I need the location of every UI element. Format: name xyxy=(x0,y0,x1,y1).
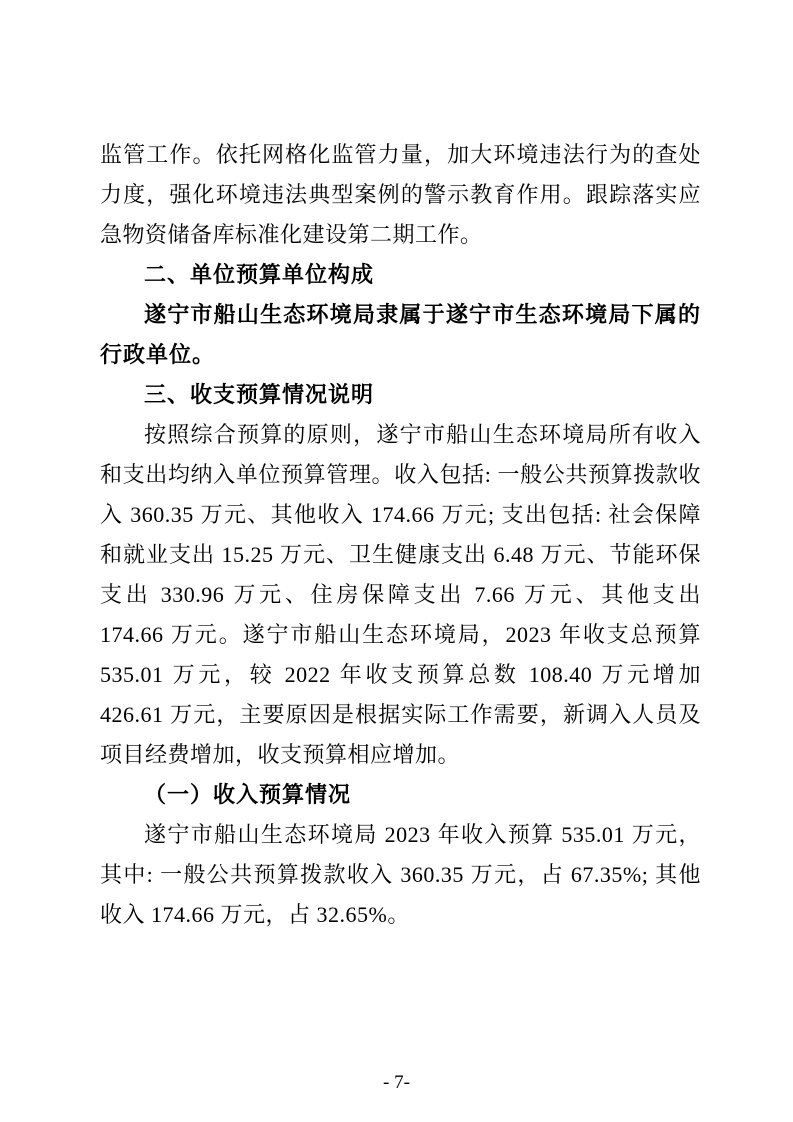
section-3-heading: 三、收支预算情况说明 xyxy=(100,375,701,415)
document-body: 监管工作。依托网格化监管力量，加大环境违法行为的查处力度，强化环境违法典型案例的… xyxy=(100,135,701,935)
subsection-1-heading: （一）收入预算情况 xyxy=(100,775,701,815)
section-3-paragraph: 按照综合预算的原则，遂宁市船山生态环境局所有收入和支出均纳入单位预算管理。收入包… xyxy=(100,415,701,775)
section-2-heading: 二、单位预算单位构成 xyxy=(100,255,701,295)
section-2-paragraph: 遂宁市船山生态环境局隶属于遂宁市生态环境局下属的行政单位。 xyxy=(100,295,701,375)
page-number: - 7- xyxy=(0,1070,793,1096)
document-page: 监管工作。依托网格化监管力量，加大环境违法行为的查处力度，强化环境违法典型案例的… xyxy=(0,0,793,1122)
continuation-paragraph: 监管工作。依托网格化监管力量，加大环境违法行为的查处力度，强化环境违法典型案例的… xyxy=(100,135,701,255)
subsection-1-paragraph: 遂宁市船山生态环境局 2023 年收入预算 535.01 万元，其中: 一般公共… xyxy=(100,815,701,935)
